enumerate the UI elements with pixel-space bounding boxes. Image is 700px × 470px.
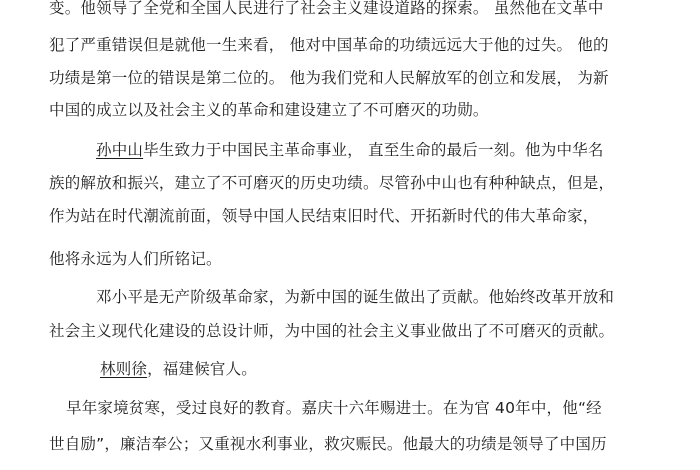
text-line: 孙中山毕生致力于中国民主革命事业， 直至生命的最后一刻。他为中华名 [96,140,604,160]
person-name-link[interactable]: 林则徐 [100,360,147,378]
text-segment: ，福建候官人。 [147,360,257,378]
text-line: 邓小平是无产阶级革命家，为新中国的诞生做出了贡献。他始终改革开放和 [96,287,614,307]
text-segment: 毕生致力于中国民主革命事业， 直至生命的最后一刻。他为中华名 [143,141,603,159]
text-line: 犯了严重错误但是就他一生来看， 他对中国革命的功绩远远大于他的过失。 他的 [49,35,609,55]
text-line: 作为站在时代潮流前面，领导中国人民结束旧时代、开拓新时代的伟大革命家， [49,206,599,226]
text-line: 变。他领导了全党和全国人民进行了社会主义建设道路的探索。 虽然他在文革中 [49,0,604,18]
text-line: 他将永远为人们所铭记。 [49,249,222,269]
text-line: 社会主义现代化建设的总设计师，为中国的社会主义事业做出了不可磨灭的贡献。 [49,321,614,341]
text-line: 中国的成立以及社会主义的革命和建设建立了不可磨灭的功勋。 [49,100,489,120]
text-line: 族的解放和振兴，建立了不可磨灭的历史功绩。尽管孙中山也有种种缺点，但是， [49,173,614,193]
text-line: 林则徐，福建候官人。 [100,359,257,379]
text-line: 世自励”，廉洁奉公；又重视水利事业，救灾赈民。他最大的功绩是领导了中国历 [49,434,607,454]
text-line: 功绩是第一位的错误是第二位的。 他为我们党和人民解放军的创立和发展， 为新 [49,68,609,88]
text-line: 早年家境贫寒，受过良好的教育。嘉庆十六年赐进士。在为官 40年中，他“经 [66,398,602,418]
person-name-link[interactable]: 孙中山 [96,141,143,159]
